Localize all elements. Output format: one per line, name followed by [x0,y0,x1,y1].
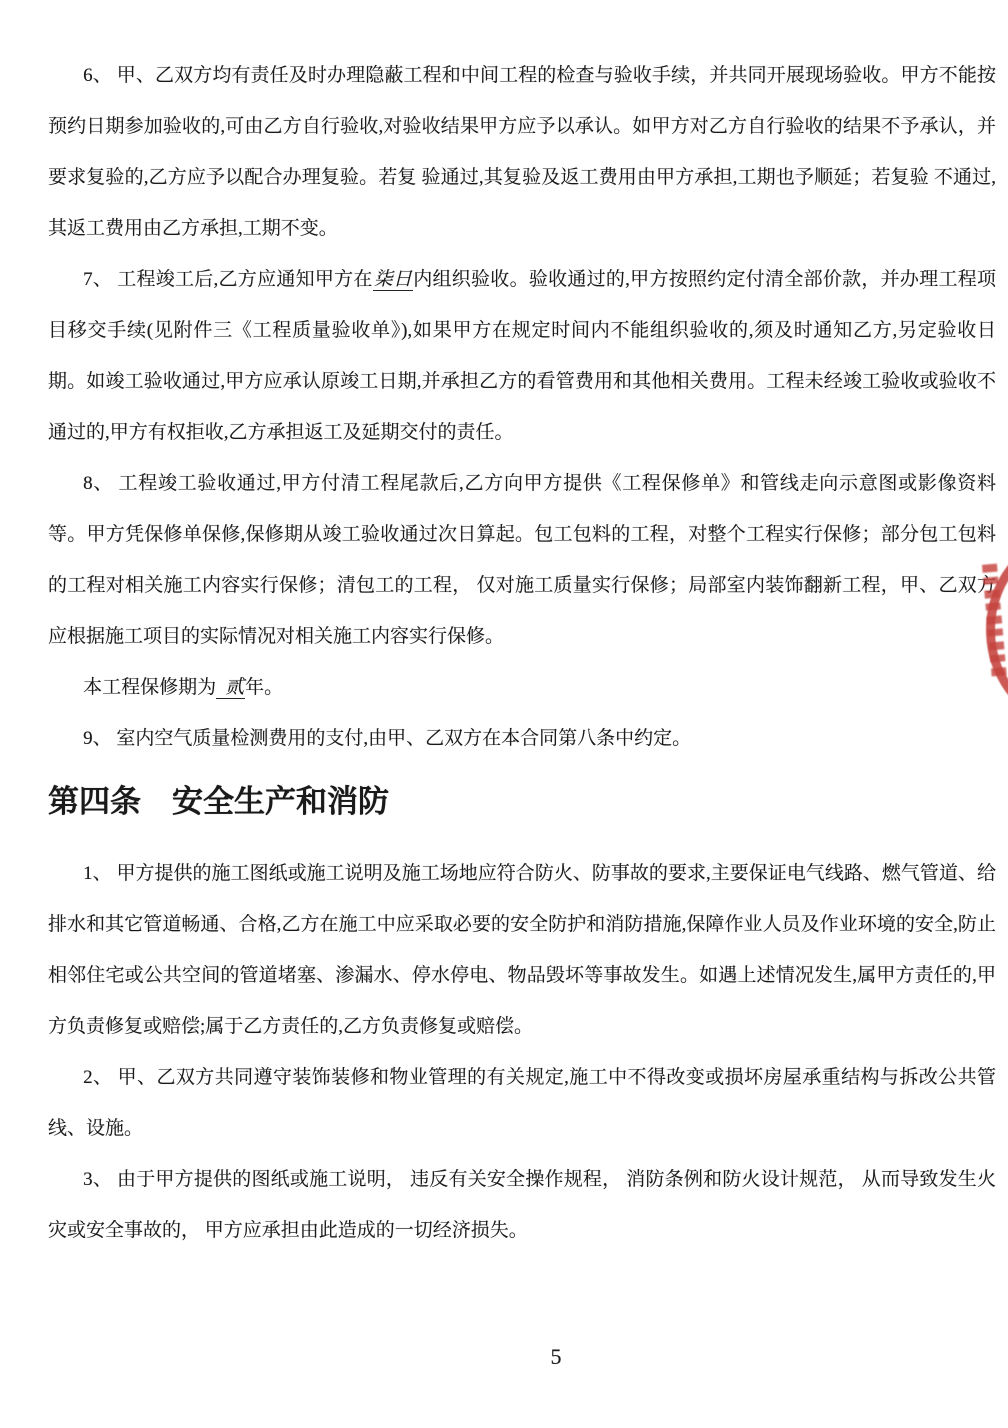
clause-7-paragraph: 7、 工程竣工后,乙方应通知甲方在柒日内组织验收。验收通过的,甲方按照约定付清全… [48,254,996,458]
safety-clause-2-paragraph: 2、 甲、乙双方共同遵守装饰装修和物业管理的有关规定,施工中不得改变或损坏房屋承… [48,1052,996,1154]
clause-7-text-before: 7、 工程竣工后,乙方应通知甲方在 [83,269,373,290]
fill-in-acceptance-days: 柒日 [373,269,414,291]
safety-clause-3-paragraph: 3、 由于甲方提供的图纸或施工说明， 违反有关安全操作规程， 消防条例和防火设计… [48,1154,996,1256]
contract-page: 6、 甲、乙双方均有责任及时办理隐蔽工程和中间工程的检查与验收手续，并共同开展现… [0,0,1008,1428]
warranty-text-after: 年。 [245,677,283,698]
fill-in-warranty-years: 贰 [216,677,245,699]
clause-6-paragraph: 6、 甲、乙双方均有责任及时办理隐蔽工程和中间工程的检查与验收手续，并共同开展现… [48,50,996,254]
article-4-heading: 第四条 安全生产和消防 [48,780,996,824]
warranty-text-before: 本工程保修期为 [83,677,216,698]
safety-clause-1-paragraph: 1、 甲方提供的施工图纸或施工说明及施工场地应符合防火、防事故的要求,主要保证电… [48,848,996,1052]
clause-7-text-after: 内组织验收。验收通过的,甲方按照约定付清全部价款，并办理工程项目移交手续(见附件… [48,269,996,443]
warranty-period-line: 本工程保修期为贰年。 [48,662,996,713]
clause-9-paragraph: 9、 室内空气质量检测费用的支付,由甲、乙双方在本合同第八条中约定。 [48,713,996,764]
clause-8-paragraph: 8、 工程竣工验收通过,甲方付清工程尾款后,乙方向甲方提供《工程保修单》和管线走… [48,458,996,662]
page-number: 5 [52,1344,1008,1370]
contract-body: 6、 甲、乙双方均有责任及时办理隐蔽工程和中间工程的检查与验收手续，并共同开展现… [48,50,996,1256]
